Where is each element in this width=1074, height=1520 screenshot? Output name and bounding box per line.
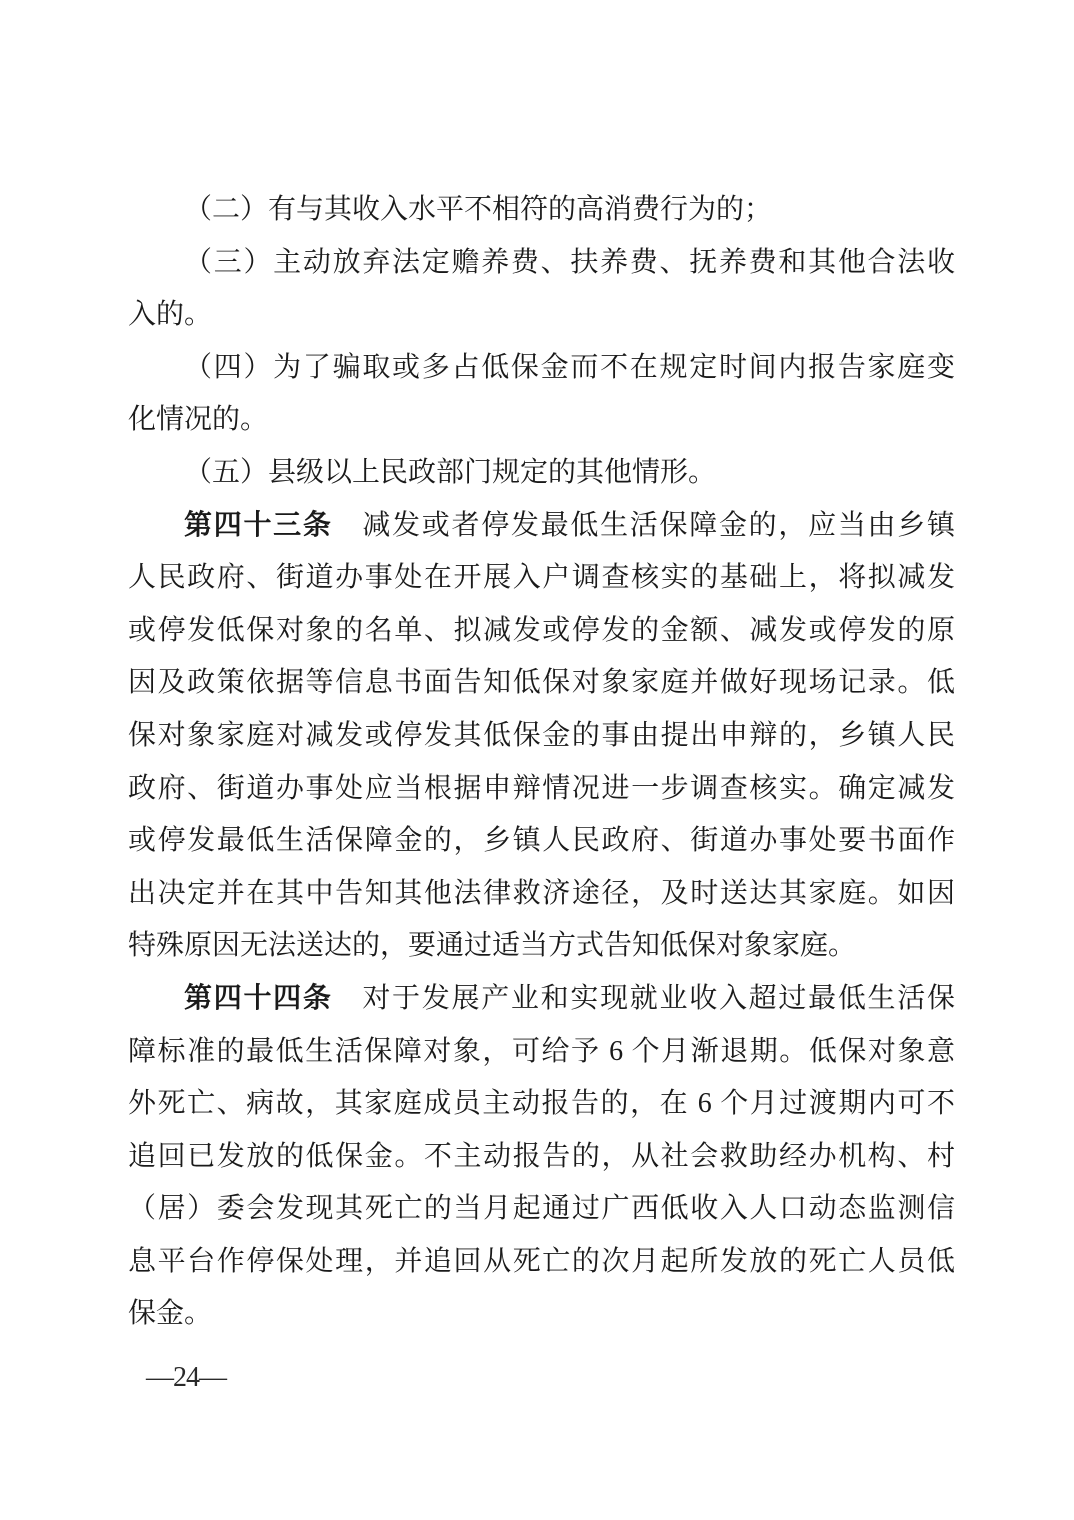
- text-segment: 出决定并在其中告知其他法律救济途径，及时送达其家庭。如因: [128, 878, 955, 909]
- text-line: 或停发最低生活保障金的，乡镇人民政府、街道办事处要书面作: [128, 815, 955, 868]
- text-line: 息平台作停保处理，并追回从死亡的次月起所发放的死亡人员低: [128, 1236, 955, 1289]
- text-line: 障标准的最低生活保障对象，可给予 6 个月渐退期。低保对象意: [128, 1026, 955, 1079]
- text-segment: 保金。: [128, 1298, 212, 1329]
- text-line: 保对象家庭对减发或停发其低保金的事由提出申辩的，乡镇人民: [128, 710, 955, 763]
- text-segment: 人民政府、街道办事处在开展入户调查核实的基础上，将拟减发: [128, 562, 955, 593]
- text-segment: （五）县级以上民政部门规定的其他情形。: [184, 457, 716, 488]
- text-segment: 化情况的。: [128, 404, 268, 435]
- text-line: 保金。: [128, 1288, 955, 1341]
- text-segment: 或停发低保对象的名单、拟减发或停发的金额、减发或停发的原: [128, 615, 955, 646]
- text-line: 因及政策依据等信息书面告知低保对象家庭并做好现场记录。低: [128, 657, 955, 710]
- text-segment: 保对象家庭对减发或停发其低保金的事由提出申辩的，乡镇人民: [128, 720, 955, 751]
- text-segment: 障标准的最低生活保障对象，可给予 6 个月渐退期。低保对象意: [128, 1036, 955, 1067]
- text-line: 追回已发放的低保金。不主动报告的，从社会救助经办机构、村: [128, 1131, 955, 1184]
- page-number: —24—: [146, 1358, 226, 1398]
- text-line: 化情况的。: [128, 394, 955, 447]
- text-line: 外死亡、病故，其家庭成员主动报告的，在 6 个月过渡期内可不: [128, 1078, 955, 1131]
- text-line: 第四十三条 减发或者停发最低生活保障金的，应当由乡镇: [128, 500, 955, 553]
- text-segment: 政府、街道办事处应当根据申辩情况进一步调查核实。确定减发: [128, 773, 955, 804]
- text-segment: 或停发最低生活保障金的，乡镇人民政府、街道办事处要书面作: [128, 825, 955, 856]
- text-segment: 外死亡、病故，其家庭成员主动报告的，在 6 个月过渡期内可不: [128, 1088, 955, 1119]
- text-segment: 入的。: [128, 299, 212, 330]
- text-line: （四）为了骗取或多占低保金而不在规定时间内报告家庭变: [128, 342, 955, 395]
- document-page: （二）有与其收入水平不相符的高消费行为的；（三）主动放弃法定赡养费、扶养费、抚养…: [0, 0, 1074, 1520]
- text-segment: 因及政策依据等信息书面告知低保对象家庭并做好现场记录。低: [128, 667, 955, 698]
- text-segment: （二）有与其收入水平不相符的高消费行为的；: [184, 194, 772, 225]
- text-line: （五）县级以上民政部门规定的其他情形。: [128, 447, 955, 500]
- text-segment: （三）主动放弃法定赡养费、扶养费、抚养费和其他合法收: [184, 247, 955, 278]
- text-segment: 对于发展产业和实现就业收入超过最低生活保: [333, 983, 955, 1014]
- text-line: 出决定并在其中告知其他法律救济途径，及时送达其家庭。如因: [128, 868, 955, 921]
- article-heading: 第四十三条: [184, 510, 333, 541]
- text-segment: （四）为了骗取或多占低保金而不在规定时间内报告家庭变: [184, 352, 955, 383]
- text-line: 特殊原因无法送达的，要通过适当方式告知低保对象家庭。: [128, 920, 955, 973]
- text-segment: （居）委会发现其死亡的当月起通过广西低收入人口动态监测信: [128, 1193, 955, 1224]
- text-line: 第四十四条 对于发展产业和实现就业收入超过最低生活保: [128, 973, 955, 1026]
- text-line: 政府、街道办事处应当根据申辩情况进一步调查核实。确定减发: [128, 763, 955, 816]
- text-line: （三）主动放弃法定赡养费、扶养费、抚养费和其他合法收: [128, 237, 955, 290]
- text-segment: 减发或者停发最低生活保障金的，应当由乡镇: [333, 510, 955, 541]
- document-body: （二）有与其收入水平不相符的高消费行为的；（三）主动放弃法定赡养费、扶养费、抚养…: [128, 184, 955, 1341]
- text-line: 入的。: [128, 289, 955, 342]
- text-line: 人民政府、街道办事处在开展入户调查核实的基础上，将拟减发: [128, 552, 955, 605]
- text-segment: 追回已发放的低保金。不主动报告的，从社会救助经办机构、村: [128, 1141, 955, 1172]
- text-segment: 息平台作停保处理，并追回从死亡的次月起所发放的死亡人员低: [128, 1246, 955, 1277]
- text-segment: 特殊原因无法送达的，要通过适当方式告知低保对象家庭。: [128, 930, 856, 961]
- article-heading: 第四十四条: [184, 983, 333, 1014]
- text-line: （居）委会发现其死亡的当月起通过广西低收入人口动态监测信: [128, 1183, 955, 1236]
- text-line: 或停发低保对象的名单、拟减发或停发的金额、减发或停发的原: [128, 605, 955, 658]
- text-line: （二）有与其收入水平不相符的高消费行为的；: [128, 184, 955, 237]
